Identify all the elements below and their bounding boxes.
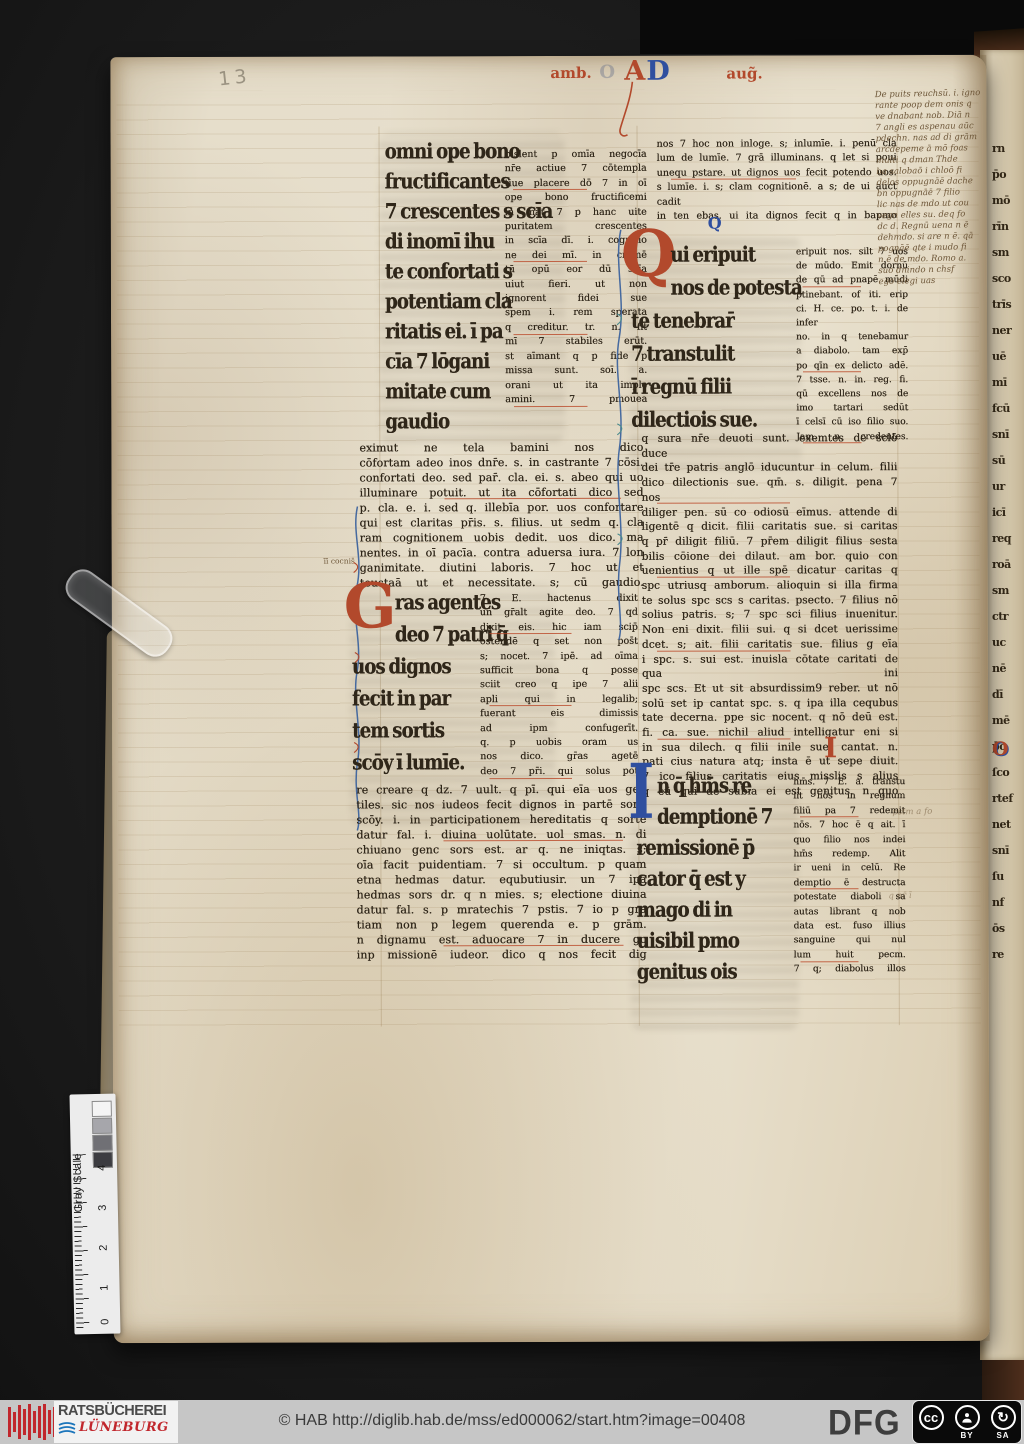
ruler-ticks-long	[73, 1154, 90, 1328]
text-line: cōfortam adeo inos dnr̄e. s. in castrant…	[359, 455, 643, 471]
text-line: lum de lumīe. 7 grā illuminans. q let si…	[657, 151, 897, 166]
ruler-number: 3	[97, 1197, 109, 1211]
text-line: p̄o	[992, 162, 1022, 188]
text-line: eximut ne tela bamini nos dico	[359, 440, 643, 456]
text-line: Non eni dixit. filii sui. q si dcet ueri…	[642, 622, 898, 637]
text-line: lit nōs in regnum	[793, 789, 905, 804]
text-line: snī	[992, 838, 1022, 864]
text-line: fcū	[992, 396, 1022, 422]
text-line: spc utriusq amborum. alioquin si illa fi…	[642, 578, 898, 593]
text-line: remissionē p̄	[636, 831, 804, 862]
text-line: apli qui in legalib;	[480, 693, 638, 708]
text-line: nf	[992, 890, 1022, 916]
text-line: nos dico. gr̄as agetē	[480, 750, 638, 765]
text-line: sm	[992, 240, 1022, 266]
text-line: bislent p omīa negocīa	[505, 148, 647, 163]
text-line: in sua dilech. q filii inile sue. cantat…	[642, 740, 898, 755]
text-line: re creare q dz. 7 uult. q pī. qui eīa uo…	[356, 782, 646, 798]
text-line: tiles. sic nos iudeos fecit dignos in pa…	[356, 797, 646, 813]
text-line: nos de potesta	[670, 270, 803, 303]
text-line: te tenebrar̄	[631, 303, 803, 336]
text-line: chiuano genc sors est. ar q. ne iniqtas.…	[356, 842, 646, 858]
text-line: nr̄e actiue 7 cōtempla	[505, 162, 647, 177]
text-line: fi. ca. sue. nichil aliud intelligatur e…	[642, 725, 898, 740]
text-line: ligentē q dicit. filii caritatis sue. si…	[642, 519, 898, 534]
text-line: solū set ip cantat spc. s. q ipa illa ce…	[642, 696, 898, 711]
text-line: filiū pa 7 redemit	[793, 804, 905, 819]
text-line: ope bono fructificemi	[505, 191, 647, 206]
text-line: hm̄s redemp. Alit	[793, 847, 905, 862]
text-line: hedmas sors dr. q n mies. s; electione d…	[356, 887, 646, 903]
text-line: uc	[992, 630, 1022, 656]
text-line: ci. H. ce. po. t. i. de infer	[796, 302, 908, 331]
ruler-number: 2	[97, 1237, 109, 1251]
text-line: in ten ebas. ui ita dignos fecit q in ba…	[657, 209, 897, 224]
text-line: n dignamu est. aduocare 7 in ducere go	[357, 932, 647, 948]
text-line: cator q̄ est y	[636, 862, 804, 893]
text-line: imo tartari sedūt	[796, 401, 908, 415]
text-line: ganimitate. diutini laboris. 7 hoc ut et	[360, 560, 644, 576]
text-line: genitus ois	[637, 955, 805, 986]
gray-patch	[92, 1101, 112, 1117]
gloss-column-d: hm̄s. 7 E. a. transtulit nōs in regnumfi…	[793, 775, 906, 977]
text-line: quo filio nos indei	[793, 833, 905, 848]
commentary-block-2: re creare q dz. 7 uult. q pī. qui eīa uo…	[356, 782, 646, 963]
text-line: mī	[992, 370, 1022, 396]
commentary-block-3: q sura nr̄e deuoti sunt. exemtes de sclō…	[641, 431, 898, 799]
text-line: ſu	[992, 864, 1022, 890]
text-line: lum huit pecm.	[794, 948, 906, 963]
paragraph-initial-q: Q	[708, 214, 722, 233]
pencil-foliation: 13	[217, 65, 251, 90]
text-line: inp missionē iudeor. dico q nos fecit di…	[357, 947, 647, 963]
text-line: nos 7 hoc non inloge. s; inlumīe. i. pen…	[657, 137, 897, 152]
text-line: pati cius natura atq; insta ē ut sepe di…	[642, 755, 898, 770]
text-line: ptinebant. of iti. erip	[796, 288, 908, 302]
text-line: net	[992, 812, 1022, 838]
text-line: ad ipm confugerīt.	[480, 721, 638, 736]
text-line: ir ueni in celū. Re	[793, 862, 905, 877]
text-line: tiue placere dō 7 in oī	[505, 177, 647, 192]
text-line: etna hedmas datur. equbutiusir. un 7 ipa	[356, 872, 646, 888]
text-line: qui est claritas pr̄is. s. filius. ut se…	[360, 515, 644, 531]
cc-icon: cc	[919, 1405, 944, 1430]
text-line: po qīn ex delicto adē.	[796, 359, 908, 373]
commentary-block-1: eximut ne tela bamini nos dicocōfortam a…	[359, 440, 643, 591]
text-line: 7 transtulit	[631, 336, 803, 369]
text-line: ner	[992, 318, 1022, 344]
text-line: demptio ē destructa	[793, 876, 905, 891]
book-cloth	[640, 0, 1024, 54]
text-line: gaudio	[385, 406, 554, 436]
by-label: BY	[960, 1431, 973, 1440]
text-line: q. p uobis oram us	[480, 736, 638, 751]
text-line: mē	[992, 708, 1022, 734]
text-line: datur fal. s. p mratechis 7 pstis. 7 io …	[357, 902, 647, 918]
text-line: req	[992, 526, 1022, 552]
text-line: sanguine qui nul	[794, 934, 906, 949]
scan-canvas: rnp̄omōrīnsmscotrīsneruēmīfcūsnīsūuricīr…	[0, 0, 1024, 1444]
text-line: a diabolo. tam exp̄	[796, 344, 908, 358]
text-line: ram cognitionem uobis dedit. uos dico. m…	[360, 530, 644, 546]
text-line: rtef	[992, 786, 1022, 812]
text-line: demptionē 7	[657, 800, 804, 831]
text-line: datur fal. i. diuina uolūtate. uol smas.…	[356, 827, 646, 843]
manuscript-page: 13 amb. O A D aug̃. īī cocnis̄ omni ope …	[110, 55, 989, 1343]
text-line: uisibil pmo	[637, 924, 805, 955]
text-line: sū	[992, 448, 1022, 474]
text-line: spc scs. Et ut sit absurdissim9 reber. u…	[642, 681, 898, 696]
text-line: bilis cōione dei dilaut. am bor. quio co…	[642, 549, 898, 564]
text-line: s; nocet. 7 ipē. ad oīma	[480, 649, 638, 664]
text-line: p. cla. e. i. sed q. illebīa por. uos co…	[359, 500, 643, 516]
text-line: nentes. in oī pacīa. contra aduersa iura…	[360, 545, 644, 561]
text-line: mago di in	[637, 893, 805, 924]
text-line: re	[992, 942, 1022, 968]
text-line: unequ pstare. ut dignos uos fecit potend…	[657, 166, 897, 181]
text-line: tate decerna. ppe sic nocent. q nō deū e…	[642, 710, 898, 725]
gloss-top-right: nos 7 hoc non inloge. s; inlumīe. i. pen…	[657, 137, 897, 224]
text-line: dico dilectionis sue. qm̄. s. diligit. p…	[641, 475, 897, 505]
by-icon	[955, 1405, 980, 1430]
text-line: ui eripuit	[670, 237, 803, 270]
text-line: diliger pen. sū co odiosū eīmus. attende…	[641, 505, 897, 520]
foredge-text: rnp̄omōrīnsmscotrīsneruēmīfcūsnīsūuricīr…	[992, 136, 1022, 996]
text-line: dei tr̄e patris anglō iducuntur in celum…	[641, 460, 897, 475]
sa-label: SA	[996, 1431, 1009, 1440]
text-line: uē	[992, 344, 1022, 370]
margin-gloss-right: De puits reuchsū. i. ignorante poop dem …	[875, 88, 987, 288]
text-line: te solus spc scs s caritas. psecto. 7 fi…	[642, 593, 898, 608]
text-line: i spc. s. sui est. inuisla cōtate carita…	[642, 652, 898, 682]
ruler-number: 0	[99, 1311, 111, 1325]
lemma-block-c: ui eripuitnos de potestate tenebrar̄7 tr…	[631, 237, 804, 435]
text-line: qū excellens nos de	[796, 387, 908, 401]
text-line: fuerant eis dimissis	[480, 707, 638, 722]
text-line: sufficit bona q posse	[480, 664, 638, 679]
text-line: 7 q; diabolus illos	[794, 962, 906, 977]
text-line: roā	[992, 552, 1022, 578]
text-line: uenientius q ut ille spē dicatur caritas…	[642, 563, 898, 578]
text-line: nōs. 7 hoc ē q ait. ī	[793, 818, 905, 833]
ruler-number: 1	[98, 1277, 110, 1291]
paragraph-initial-i: I	[824, 731, 837, 764]
text-line: mō	[992, 188, 1022, 214]
text-line: no. in q tenebamur	[796, 330, 908, 344]
text-line: 7 tsse. n. in. reg. fi.	[796, 373, 908, 387]
text-line: ſco	[992, 760, 1022, 786]
text-line: rīn	[992, 214, 1022, 240]
text-line: deo 7 pr̄i. qui solus pot	[480, 765, 638, 780]
text-line: illuminare potuit. ut ita cōfortati dico…	[359, 485, 643, 501]
text-line: q pr̄ diligit filiū. 7 pr̄em diligit fil…	[642, 534, 898, 549]
margin-scribble: pstm a fo	[892, 807, 932, 819]
text-line: hm̄s. 7 E. a. transtu	[793, 775, 905, 790]
ruler-number: 4	[96, 1157, 108, 1171]
text-line: dcet. s; ait. filii caritatis sue. filiu…	[642, 637, 898, 652]
footer-bar: RATSBÜCHEREI LÜNEBURG © HAB http://digli…	[0, 1400, 1024, 1444]
text-line: n q̄ hm̄s re	[657, 769, 804, 800]
text-line: nē	[992, 656, 1022, 682]
text-line: s lumīe. i. s; clam cognitionē. a s; de …	[657, 180, 897, 209]
running-header-left: amb.	[550, 64, 591, 82]
text-line: trīs	[992, 292, 1022, 318]
text-line: tiam non p legem querenda e. p grām.	[357, 917, 647, 933]
header-initial-flourish	[610, 80, 644, 142]
text-line: snī	[992, 422, 1022, 448]
margin-scribble: q nr̄ ī	[888, 891, 911, 902]
gray-patch	[92, 1118, 112, 1134]
text-line: sm	[992, 578, 1022, 604]
text-line: data est. fuso illius	[794, 919, 906, 934]
text-line: ōs	[992, 916, 1022, 942]
text-line: ego elegi uas	[878, 275, 986, 288]
text-line: ur	[992, 474, 1022, 500]
gray-patch	[92, 1135, 112, 1151]
text-line: ctr	[992, 604, 1022, 630]
text-line: confortati deo. sed par̄. cla. ei. s. ab…	[359, 470, 643, 486]
running-header-right: aug̃.	[726, 64, 762, 82]
text-line: q sura nr̄e deuoti sunt. exemtes de sclō…	[641, 431, 897, 461]
foredge-initial: O	[992, 738, 1009, 760]
sa-icon: ↻	[991, 1405, 1016, 1430]
text-line: rn	[992, 136, 1022, 162]
text-line: icī	[992, 500, 1022, 526]
grayscale-ruler: Gray Scale 4 3 2 1 0	[69, 1094, 120, 1335]
text-line: sco	[992, 266, 1022, 292]
text-line: dī	[992, 682, 1022, 708]
cc-license-badge: cc BY ↻ SA	[912, 1400, 1022, 1444]
text-line: sciit creo q ipe 7 alii	[480, 678, 638, 693]
dfg-logo: DFG	[828, 1402, 901, 1443]
text-line: scōy. i. in participationem hereditatis …	[356, 812, 646, 828]
text-line: ī regnū filii	[631, 369, 803, 402]
text-line: autas librant q nob	[794, 905, 906, 920]
text-line: solius patris. s; 7 spc sci filius inuen…	[642, 608, 898, 623]
text-line: oīa facit puidentiam. 7 si occultum. p q…	[356, 857, 646, 873]
text-line: ī celsī cū iso filio suo.	[796, 415, 908, 429]
lemma-block-d: n q̄ hm̄s redemptionē 7remissionē p̄cato…	[636, 769, 804, 986]
running-header-initial-d: D	[646, 56, 670, 87]
